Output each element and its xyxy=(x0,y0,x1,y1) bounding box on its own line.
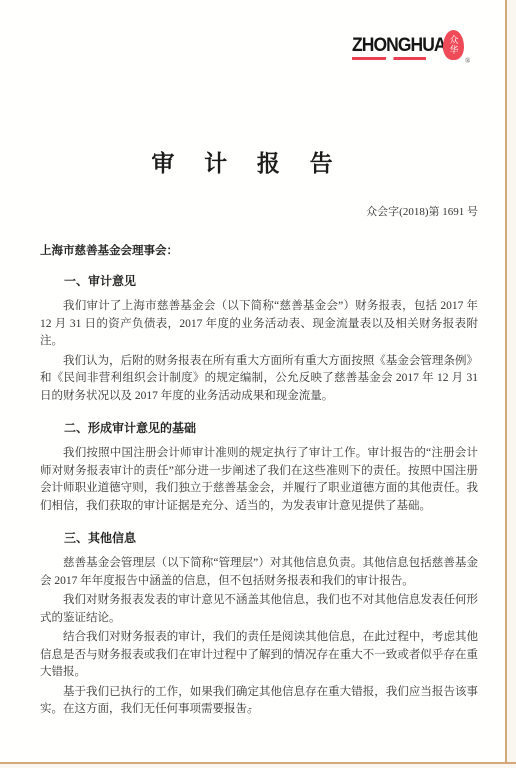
document-body: 上海市慈善基金会理事会： 一、审计意见 我们审计了上海市慈善基金会（以下简称“慈… xyxy=(0,242,516,719)
paragraph: 慈善基金会管理层（以下简称“管理层”）对其他信息负责。其他信息包括慈善基金会 2… xyxy=(40,555,478,590)
paper-edge-right xyxy=(505,0,507,768)
document-title: 审 计 报 告 xyxy=(0,150,496,178)
scanned-audit-report-page: ZHONGHUA 众华 ® 审 计 报 告 众会字(2018)第 1691 号 … xyxy=(0,0,516,768)
brand-underline xyxy=(352,57,426,60)
section-heading: 一、审计意见 xyxy=(40,272,478,289)
page-number: - 1 - xyxy=(0,703,484,714)
paragraph: 我们按照中国注册会计师审计准则的规定执行了审计工作。审计报告的“注册会计师对财务… xyxy=(40,445,478,515)
section-basis-for-opinion: 二、形成审计意见的基础 我们按照中国注册会计师审计准则的规定执行了审计工作。审计… xyxy=(40,419,478,515)
zhonghua-seal-icon: 众华 xyxy=(443,30,464,60)
zhonghua-wordmark: ZHONGHUA xyxy=(352,36,446,56)
paragraph: 我们对财务报表发表的审计意见不涵盖其他信息，我们也不对其他信息发表任何形式的鉴证… xyxy=(40,592,478,627)
reference-number: 众会字(2018)第 1691 号 xyxy=(0,203,516,219)
paper-edge-bottom xyxy=(0,762,516,764)
zhonghua-logo: ZHONGHUA 众华 ® xyxy=(352,30,477,68)
section-audit-opinion: 一、审计意见 我们审计了上海市慈善基金会（以下简称“慈善基金会”）财务报表，包括… xyxy=(40,272,478,405)
scan-background-right xyxy=(507,0,516,768)
section-heading: 二、形成审计意见的基础 xyxy=(40,419,478,436)
seal-text: 众华 xyxy=(449,35,459,55)
paragraph: 我们审计了上海市慈善基金会（以下简称“慈善基金会”）财务报表，包括 2017 年… xyxy=(40,298,478,351)
section-other-information: 三、其他信息 慈善基金会管理层（以下简称“管理层”）对其他信息负责。其他信息包括… xyxy=(40,529,478,719)
section-heading: 三、其他信息 xyxy=(40,529,478,546)
addressee: 上海市慈善基金会理事会： xyxy=(40,242,478,258)
paragraph: 结合我们对财务报表的审计，我们的责任是阅读其他信息，在此过程中，考虑其他信息是否… xyxy=(40,629,478,682)
registered-mark-icon: ® xyxy=(465,57,470,65)
scan-background-bottom xyxy=(0,764,516,768)
paragraph: 我们认为，后附的财务报表在所有重大方面所有重大方面按照《基金会管理条例》和《民间… xyxy=(40,353,478,406)
